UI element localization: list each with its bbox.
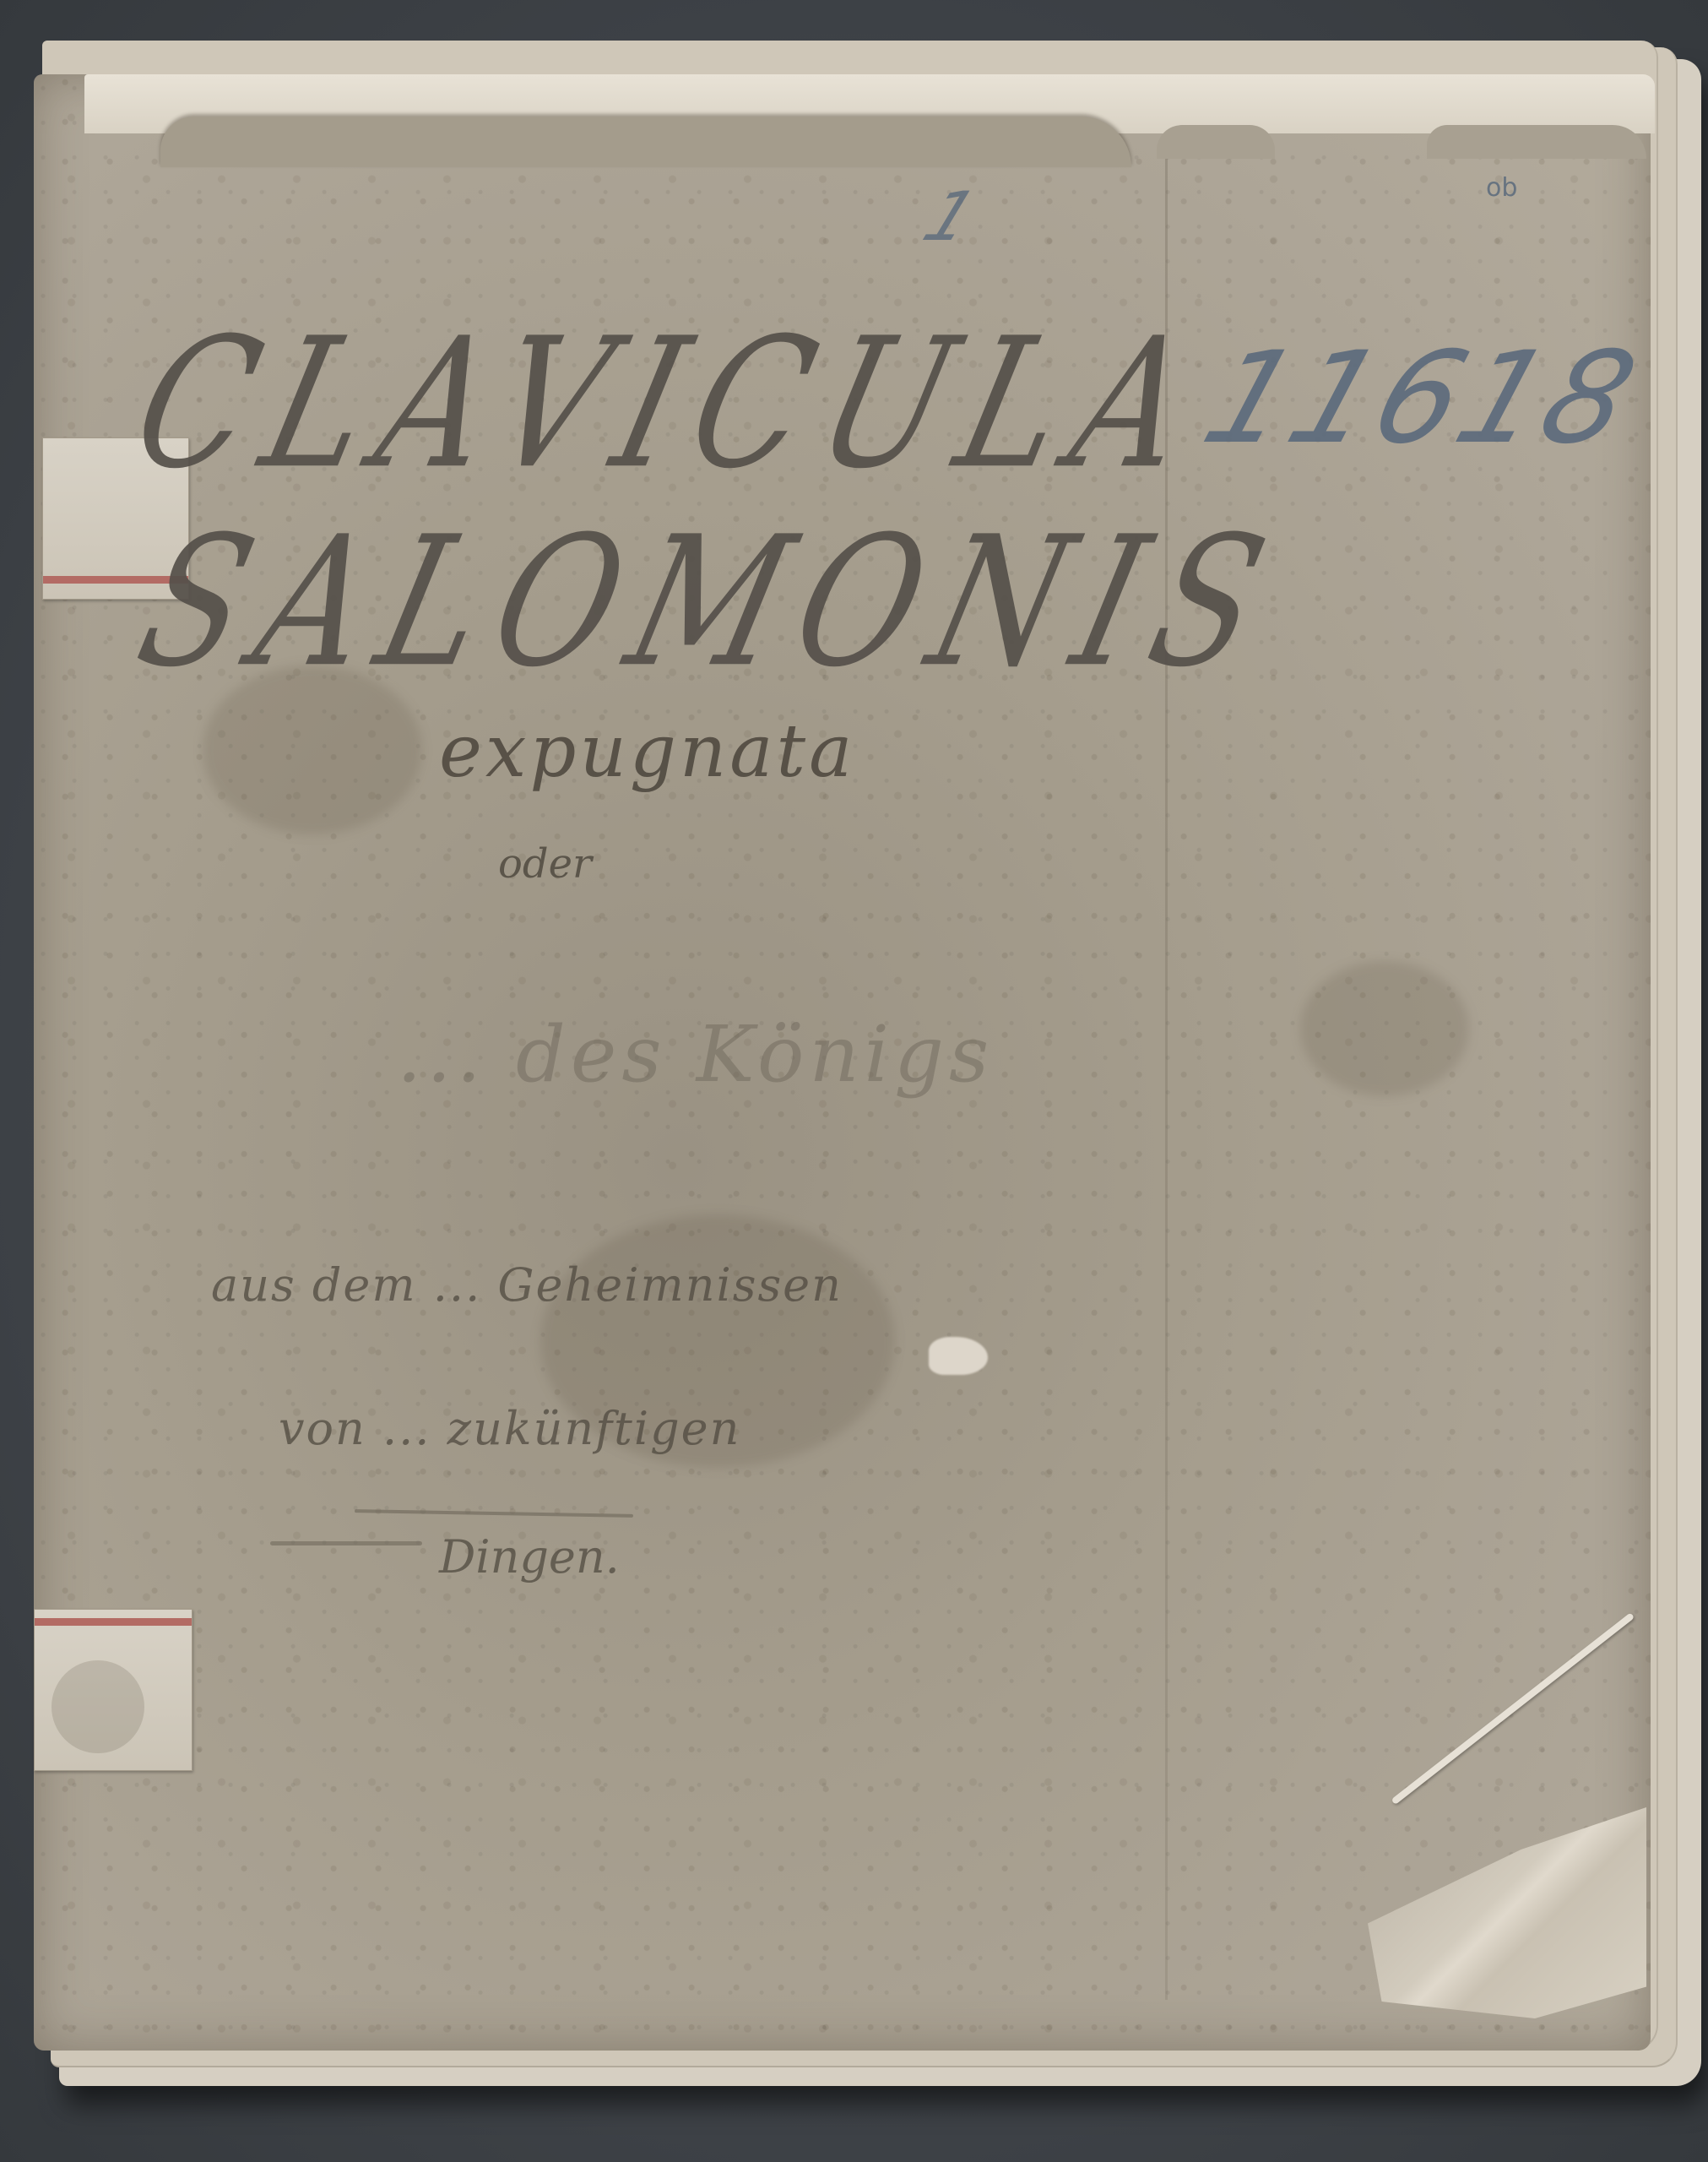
connector-word: oder xyxy=(498,840,592,888)
torn-edge xyxy=(160,117,1131,167)
body-line-3: Dingen. xyxy=(439,1530,620,1583)
title-line-2: SALOMONIS xyxy=(121,498,1300,708)
ink-flourish xyxy=(270,1541,422,1545)
torn-edge xyxy=(1157,125,1275,159)
torn-edge xyxy=(1427,125,1646,159)
title-line-1: CLAVICULA xyxy=(117,300,1228,509)
paper-loss xyxy=(929,1337,988,1375)
body-line-2: von ... zukünftigen xyxy=(279,1402,740,1455)
body-line-1: aus dem ... Geheimnissen xyxy=(211,1258,843,1312)
corner-note: ob xyxy=(1486,173,1517,203)
stain xyxy=(52,1660,144,1753)
shelfmark-pencil: 11618 xyxy=(1188,325,1656,472)
subtitle: expugnata xyxy=(439,709,855,794)
red-stripe xyxy=(35,1618,192,1626)
faded-line: ... des Königs xyxy=(397,1009,994,1100)
spine-label-bottom xyxy=(34,1609,192,1771)
stain xyxy=(1300,961,1469,1096)
